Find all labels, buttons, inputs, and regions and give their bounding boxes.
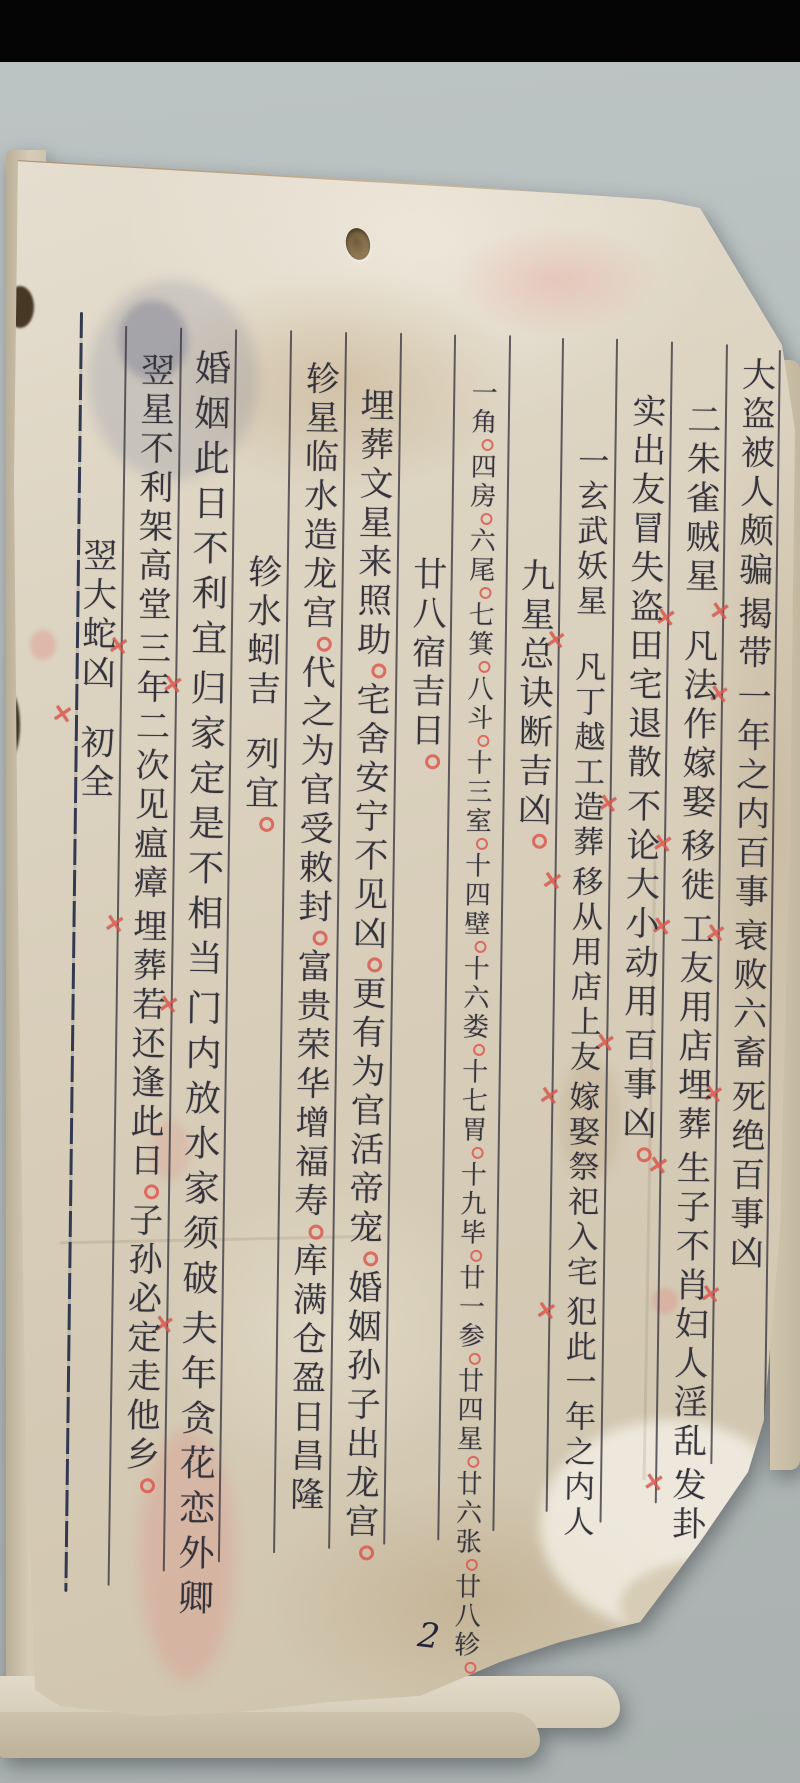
red-circle-mark [367,957,382,972]
red-circle-mark [464,1662,476,1674]
red-circle-mark [470,1250,482,1262]
manuscript-page: 大盗被人颇骗×揭带×一年之内百事×衰败六畜×死绝百事凶×二朱雀贼星×凡法作嫁娶×… [0,0,800,1783]
red-circle-mark [474,941,486,953]
red-circle-mark [531,834,546,849]
red-x-mark: × [64,699,65,704]
red-circle-mark [466,1559,478,1571]
column-gap [695,602,701,628]
red-circle-mark [143,1184,158,1199]
red-x-mark: × [548,1296,549,1301]
photo-background: 大盗被人颇骗×揭带×一年之内百事×衰败六畜×死绝百事凶×二朱雀贼星×凡法作嫁娶×… [0,0,800,1783]
red-x-mark: × [551,1081,552,1086]
red-circle-mark [480,513,492,525]
red-circle-mark [358,1545,373,1560]
manuscript-column-13: 翌大蛇凶×初全 [68,537,124,803]
red-circle-mark [316,637,331,652]
red-circle-mark [467,1456,479,1468]
column-gap [256,710,262,736]
column-gap [585,624,591,650]
text-layer: 大盗被人颇骗×揭带×一年之内百事×衰败六畜×死绝百事凶×二朱雀贼星×凡法作嫁娶×… [0,0,800,1783]
red-x-mark: × [117,909,118,914]
manuscript-column-7: 廿八宿吉日 [398,556,453,773]
column-gap [92,698,98,724]
red-circle-mark [139,1478,154,1493]
red-circle-mark [477,735,489,747]
red-circle-mark [478,661,490,673]
red-circle-mark [308,1225,323,1240]
red-circle-mark [425,754,440,769]
red-x-mark: × [656,1467,657,1472]
page-stack-bottom-edge-2 [0,1712,540,1758]
page-number: 2 [416,1615,442,1657]
red-circle-mark [259,817,274,832]
manuscript-column-1: 大盗被人颇骗×揭带×一年之内百事×衰败六畜×死绝百事凶× [717,356,782,1279]
red-circle-mark [363,1251,378,1266]
red-x-mark: × [554,866,555,871]
red-circle-mark [472,1147,484,1159]
column-rule-lines [5,0,800,5]
manuscript-column-10: 轸水蚓吉列宜 [232,553,288,835]
manuscript-book: 大盗被人颇骗×揭带×一年之内百事×衰败六畜×死绝百事凶×二朱雀贼星×凡法作嫁娶×… [0,0,800,1783]
manuscript-columns: 大盗被人颇骗×揭带×一年之内百事×衰败六畜×死绝百事凶×二朱雀贼星×凡法作嫁娶×… [5,0,800,5]
red-circle-mark [481,439,493,451]
red-circle-mark [312,931,327,946]
red-circle-mark [479,587,491,599]
red-circle-mark [371,663,386,678]
red-circle-mark [473,1044,485,1056]
red-circle-mark [476,838,488,850]
manuscript-column-3: 实出友冒失盗田宅退散×不论大小动用×百事凶 [610,393,673,1166]
red-circle-mark [636,1147,651,1162]
manuscript-column-5: 九星总诀断吉凶 [505,557,561,852]
red-circle-mark [469,1353,481,1365]
